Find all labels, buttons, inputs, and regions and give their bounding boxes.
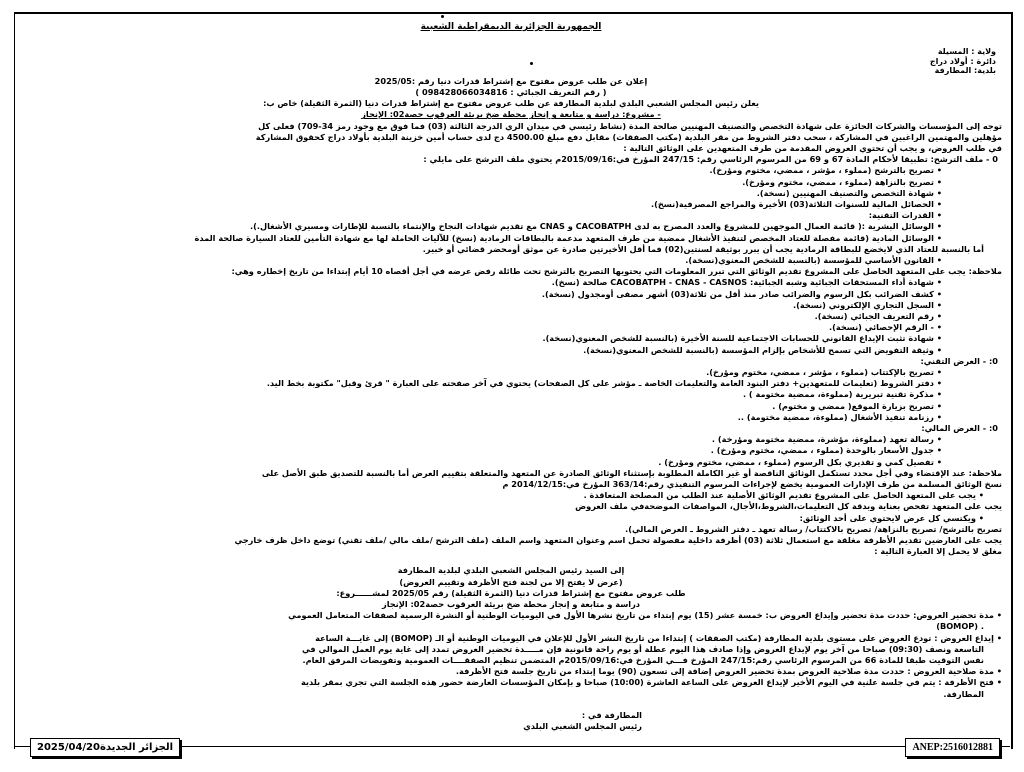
note-line: نسخ الوثائق المسلمة من طرف الإدارات العم… [20,479,1002,490]
note-line: مغلق لا يحمل إلا العبارة التالية : [20,546,1002,557]
deadline-line: • إيداع العروض : تودع العروض على مستوى ب… [20,633,1002,644]
list-item: دفتر الشروط (تعليمات للمتعهدين+ دفتر الب… [20,378,942,389]
eligibility-line: مؤهلين والمهتمين الراغبين في المشاركة ، … [20,132,1002,143]
deadline-line: . (BOMOP) [20,621,984,632]
list-item: تفصيل كمي و تقديري بكل الرسوم (مملوء ، م… [20,457,942,468]
list-item: القانون الأساسي للمؤسسة (بالنسبة للشخص ا… [20,255,942,266]
envelope-line: طلب عروض مفتوح مع إشتراط قدرات دنيا (الث… [20,588,1002,599]
envelope-line: دراسة و متابعة و إنجاز محطة ضخ بريئة الع… [20,599,1002,610]
admin-daira: دائرة : أولاد دراج [20,57,996,67]
newspaper-date-label: الجزائر الجديدة2025/04/20 [30,738,180,757]
list-item: رقم التعريف الجبائي (نسخة). [20,311,942,322]
deadline-line: التاسعة ونصف (09:30) صباحا من آخر يوم لإ… [20,644,984,655]
admin-block: ولاية : المسيلة دائرة : أولاد دراج بلدية… [20,47,996,76]
financial-heading: 0: - العرض المالي: [20,423,998,434]
list-item: شهادة أداء المستحقات الجبائية وشبه الجبا… [20,277,942,288]
list-item: تصريح بزيارة الموقع( ممضي و مختوم) . [20,401,942,412]
deadline-line: المطارفة. [20,689,984,700]
equipment-note: أما بالنسبة للعتاد الذي لايخضع للبطاقة ا… [20,244,984,255]
list-item: تصريح بالإكتتاب (مملوء ، مؤشر ، ممضي، مخ… [20,367,942,378]
admin-commune: بلدية: المطارفة [20,66,996,76]
list-item: رسالة تعهد (مملوءة، مؤشرة، ممضية مختومة … [20,434,942,445]
note-line: يجب على المتعهد تفحص بعناية وبدقة كل الت… [20,501,1002,512]
list-item: كشف الضرائب بكل الرسوم والضرائب صادر منذ… [20,289,942,300]
deadline-line: • مدة صلاحية العروض : حددت مدة صلاحية ال… [20,666,1002,677]
envelope-line: إلى السيد رئيس المجلس الشعبي البلدي لبلد… [20,565,1002,576]
tender-notice: الجمهورية الجزائرية الديمقراطية الشعبية … [20,22,1002,732]
list-item: القدرات التقنية: [20,210,942,221]
candidature-remark: ملاحظة: يجب على المتعهد الحاصل على المشر… [20,266,1002,277]
deadline-line: نفس التوقيت طبقا للمادة 66 من المرسوم ال… [20,655,984,666]
signature-block: المطارفة في : رئيس المجلس الشعبي البلدي [20,710,642,732]
list-item: مذكرة تقنية تبريرية (مملوءة، ممضية مختوم… [20,389,942,400]
signature-title: رئيس المجلس الشعبي البلدي [20,721,642,732]
envelope-line: (عرض لا يفتح إلا من لجنة فتح الأظرفة وتق… [20,577,1002,588]
admin-wilaya: ولاية : المسيلة [20,47,996,57]
scan-speck [441,15,444,18]
note-line: تصريح بالترشح/ تصريح بالنزاهة/ تصريح بال… [20,524,1002,535]
eligibility-line: توجه إلى المؤسسات والشركات الحائزة على ش… [20,121,1002,132]
candidature-heading: 0 - ملف الترشح: تطبيقا لأحكام المادة 67 … [20,154,998,165]
list-item: شهادة تثبت الإيداع القانوني للحسابات الا… [20,333,942,344]
list-item: الوسائل المادية (قائمة مفصلة للعتاد المخ… [20,233,942,244]
notice-title: إعلان عن طلب عروض مفتوح مع إشتراط قدرات … [20,76,1002,87]
list-item: - الرقم الإحصائي (نسخة). [20,322,942,333]
note-line: ملاحظة: عند الإقتضاء وفي أجل محدد تستكمل… [20,468,1002,479]
note-line: • يجب على المتعهد الحاصل على المشروع تقد… [20,490,984,501]
list-item: السجل التجاري الإلكتروني (نسخة). [20,300,942,311]
list-item: الوسائل البشرية :( قائمة العمال الموجهين… [20,221,942,232]
notice-intro: يعلن رئيس المجلس الشعبي البلدي لبلدية ال… [20,98,1002,109]
eligibility-line: في طلب العروض، و يجب أن تحتوي العروض الم… [20,143,1002,154]
list-item: رزنامة تنفيذ الأشغال (مملوءة، ممضية مختو… [20,412,942,423]
anep-code-label: ANEP:2516012881 [905,738,1000,757]
list-item: جدول الأسعار بالوحدة (مملوء ، ممضي، مختو… [20,445,942,456]
deadline-line: • فتح الأظرفة : يتم في جلسة علنية في الي… [20,677,1002,688]
scan-speck [530,62,533,65]
list-item: الحصائل المالية للسنوات الثلاثة(03) الأخ… [20,199,942,210]
republic-title: الجمهورية الجزائرية الديمقراطية الشعبية [20,22,1002,33]
list-item: تصريح بالترشح (مملوء ، مؤشر ، ممضي، مختو… [20,165,942,176]
project-title: - مشروع: دراسة و متابعة و إنجاز محطة ضخ … [20,109,1002,120]
note-line: • ويكتسي كل عرض لايحتوي على أحد الوثائق: [20,513,984,524]
note-line: يجب على العارضين تقديم الأظرفة مغلقة مع … [20,535,1002,546]
deadline-line: • مدة تحضير العروض: حددت مدة تحضير وإيدا… [20,610,1002,621]
list-item: تصريح بالنزاهة (مملوء ، ممضي، مختوم ومؤر… [20,177,942,188]
list-item: وثيقة التفويض التي تسمح للأشخاص بإلزام ا… [20,345,942,356]
list-item: شهادة التخصص والتصنيف المهنيين (نسخة). [20,188,942,199]
technical-heading: 0: - العرض التقني: [20,356,998,367]
signature-place: المطارفة في : [20,710,642,721]
tax-id: ( رقم التعريف الجبائي : 098428066034816 … [20,87,1002,98]
